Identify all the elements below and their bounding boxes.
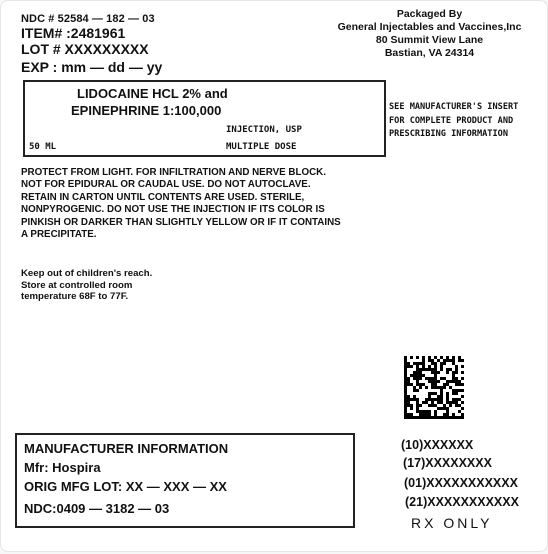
manufacturer-name: Mfr: Hospira — [24, 460, 101, 475]
warnings-text: PROTECT FROM LIGHT. FOR INFILTRATION AND… — [21, 167, 341, 241]
manufacturer-ndc: NDC:0409 — 3182 — 03 — [24, 501, 169, 516]
drug-label: NDC # 52584 — 182 — 03 ITEM# :2481961 LO… — [0, 0, 548, 552]
gs1-lot: (10)XXXXXX — [401, 438, 473, 452]
product-volume: 50 ML — [29, 142, 56, 152]
datamatrix-barcode-icon — [404, 356, 464, 419]
storage-info: Keep out of children's reach. Store at c… — [21, 268, 241, 303]
storage-line2: Store at controlled room — [21, 280, 241, 292]
gs1-serial: (21)XXXXXXXXXXX — [405, 495, 519, 509]
ndc-number: NDC # 52584 — 182 — 03 — [21, 13, 155, 25]
expiration-date: EXP : mm — dd — yy — [21, 59, 162, 75]
storage-line3: temperature 68F to 77F. — [21, 291, 241, 303]
packager-address-line2: Bastian, VA 24314 — [317, 47, 542, 60]
packager-address-line1: 80 Summit View Lane — [317, 34, 542, 47]
packager-info: Packaged By General Injectables and Vacc… — [317, 8, 542, 60]
lot-number: LOT # XXXXXXXXX — [21, 41, 149, 57]
insert-note: SEE MANUFACTURER'S INSERT FOR COMPLETE P… — [389, 101, 518, 142]
gs1-gtin: (01)XXXXXXXXXXX — [404, 476, 518, 490]
original-mfg-lot: ORIG MFG LOT: XX — XXX — XX — [24, 479, 227, 494]
product-box: LIDOCAINE HCL 2% and EPINEPHRINE 1:100,0… — [23, 80, 386, 157]
manufacturer-title: MANUFACTURER INFORMATION — [24, 441, 228, 456]
product-name-line2: EPINEPHRINE 1:100,000 — [71, 103, 221, 118]
packager-company: General Injectables and Vaccines,Inc — [317, 21, 542, 34]
item-number: ITEM# :2481961 — [21, 25, 125, 41]
product-form: INJECTION, USP — [226, 125, 302, 135]
rx-only-label: RX ONLY — [411, 515, 492, 531]
product-name-line1: LIDOCAINE HCL 2% and — [77, 86, 228, 101]
storage-line1: Keep out of children's reach. — [21, 268, 241, 280]
manufacturer-box: MANUFACTURER INFORMATION Mfr: Hospira OR… — [15, 433, 355, 528]
product-dose-type: MULTIPLE DOSE — [226, 142, 296, 152]
gs1-expiry: (17)XXXXXXXX — [403, 456, 492, 470]
packager-heading: Packaged By — [317, 8, 542, 21]
